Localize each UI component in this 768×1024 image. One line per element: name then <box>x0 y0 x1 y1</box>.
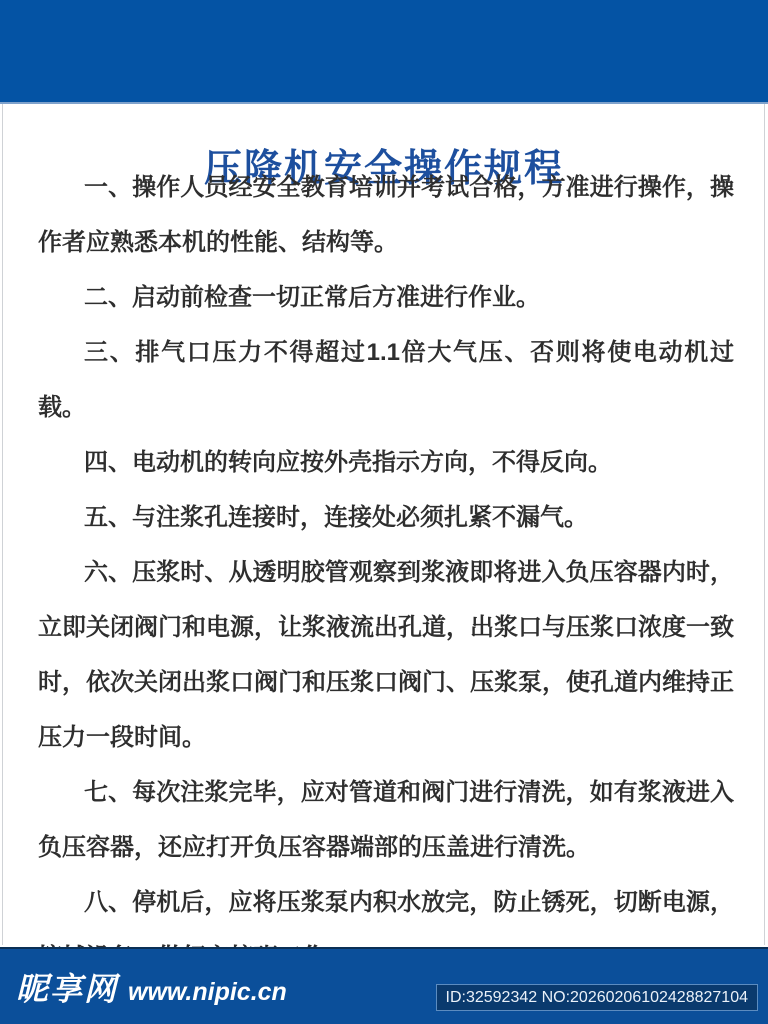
procedure-item-6: 六、压浆时、从透明胶管观察到浆液即将进入负压容器内时，立即关闭阀门和电源，让浆液… <box>38 545 734 765</box>
top-blue-band <box>0 0 768 104</box>
procedure-item-7: 七、每次注浆完毕，应对管道和阀门进行清洗，如有浆液进入负压容器，还应打开负压容器… <box>38 765 734 875</box>
procedure-item-5: 五、与注浆孔连接时，连接处必须扎紧不漏气。 <box>38 490 734 545</box>
procedure-list: 一、操作人员经安全教育培训并考试合格，方准进行操作，操作者应熟悉本机的性能、结构… <box>38 160 734 985</box>
site-url-text: www.nipic.cn <box>128 978 287 1007</box>
procedure-item-2: 二、启动前检查一切正常后方准进行作业。 <box>38 270 734 325</box>
site-name-logo: 昵享网 <box>16 964 118 1010</box>
safety-procedure-poster: 压降机安全操作规程 一、操作人员经安全教育培训并考试合格，方准进行操作，操作者应… <box>0 0 768 1024</box>
procedure-item-1: 一、操作人员经安全教育培训并考试合格，方准进行操作，操作者应熟悉本机的性能、结构… <box>38 160 734 270</box>
image-id-badge: ID:32592342 NO:20260206102428827104 <box>436 984 759 1011</box>
watermark-logo: 昵享网 www.nipic.cn <box>16 964 287 1010</box>
procedure-item-3: 三、排气口压力不得超过1.1倍大气压、否则将使电动机过载。 <box>38 325 734 435</box>
bottom-blue-band: 昵享网 www.nipic.cn ID:32592342 NO:20260206… <box>0 947 768 1024</box>
procedure-item-4: 四、电动机的转向应按外壳指示方向，不得反向。 <box>38 435 734 490</box>
